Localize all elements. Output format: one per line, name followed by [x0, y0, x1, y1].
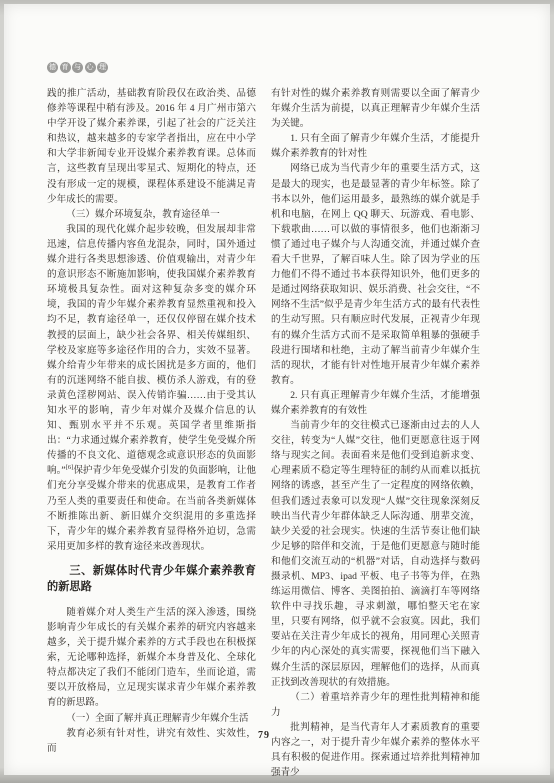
- text-columns: 践的推广活动，基础教育阶段仅在政治类、品德修养等课程中稍有涉及。2016 年 4…: [47, 86, 481, 780]
- right-column: 有针对性的媒介素养教育则需要以全面了解青少年媒介生活为前提，以真正理解青少年媒介…: [271, 86, 480, 780]
- logo-circle: 心: [85, 62, 96, 73]
- page-number: 79: [47, 730, 481, 741]
- paragraph: 随着媒介对人类生产生活的深入渗透，围绕影响青少年成长的有关媒介素养的研究内容越来…: [47, 605, 256, 711]
- logo-circle: 与: [72, 62, 83, 73]
- paragraph: 我国的现代化媒介起步较晚，但发展却非常迅速，信息传播内容鱼龙混杂，同时，国外通过…: [47, 222, 256, 554]
- scanned-page-background: 德育与心理 践的推广活动，基础教育阶段仅在政治类、品德修养等课程中稍有涉及。20…: [0, 0, 554, 783]
- subheading: （二）着重培养青少年的理性批判精神和能力: [271, 690, 480, 720]
- subheading: 2. 只有真正理解青少年媒介生活，才能增强媒介素养教育的有效性: [271, 388, 480, 418]
- page-content: 德育与心理 践的推广活动，基础教育阶段仅在政治类、品德修养等课程中稍有涉及。20…: [47, 62, 481, 780]
- subheading: （一）全面了解并真正理解青少年媒介生活: [47, 711, 256, 726]
- logo-circle: 育: [60, 62, 71, 73]
- section-heading: 三、新媒体时代青少年媒介素养教育的新思路: [47, 563, 256, 596]
- paragraph: 有针对性的媒介素养教育则需要以全面了解青少年媒介生活为前提，以真正理解青少年媒介…: [271, 86, 480, 131]
- text-run: 保护青少年免受媒介引发的负面影响，让他们充分享受媒介带来的优惠成果，是教育工作者…: [47, 465, 256, 551]
- paragraph: 践的推广活动，基础教育阶段仅在政治类、品德修养等课程中稍有涉及。2016 年 4…: [47, 86, 256, 207]
- paragraph: 批判精神，是当代青年人才素质教育的重要内容之一，对于提升青少年媒介素养的整体水平…: [271, 720, 480, 780]
- text-run: 我国的现代化媒介起步较晚，但发展却非常迅速，信息传播内容鱼龙混杂，同时，国外通过…: [47, 224, 256, 477]
- paragraph: 当前青少年的交往模式已逐渐由过去的人人交往，转变为“人媒”交往，他们更愿意往返于…: [271, 418, 480, 690]
- journal-page: 德育与心理 践的推广活动，基础教育阶段仅在政治类、品德修养等课程中稍有涉及。20…: [4, 4, 550, 775]
- logo-circle: 德: [47, 62, 58, 73]
- logo-circle: 理: [97, 62, 108, 73]
- subheading: （三）媒介环境复杂，教育途径单一: [47, 207, 256, 222]
- subheading: 1. 只有全面了解青少年媒介生活，才能提升媒介素养教育的针对性: [271, 131, 480, 161]
- left-column: 践的推广活动，基础教育阶段仅在政治类、品德修养等课程中稍有涉及。2016 年 4…: [47, 86, 256, 780]
- journal-logo: 德育与心理: [47, 62, 481, 73]
- paragraph: 网络已成为当代青少年的重要生活方式，这是最大的现实，也是最显著的青少年标签。除了…: [271, 161, 480, 387]
